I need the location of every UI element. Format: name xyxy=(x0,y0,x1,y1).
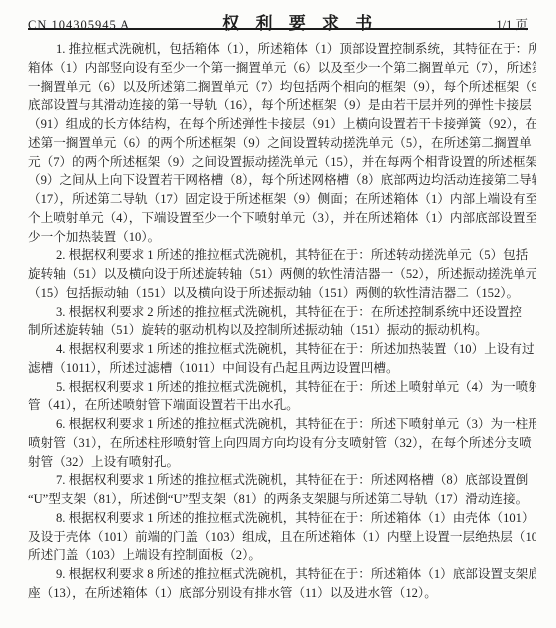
claim-1-line-5: （91）组成的长方体结构，在每个所述弹性卡接层（91）上横向设置若干卡接弹簧（9… xyxy=(28,115,536,134)
claim-5-line-2: 管（41），在所述喷射管下端面设置若干出水孔。 xyxy=(28,396,536,415)
claim-1-line-6: 述第一搁置单元（6）的两个所述框架（9）之间设置转动搓洗单元（5），在所述第二搁… xyxy=(28,134,536,153)
claim-6-line-2: 喷射管（31），在所述柱形喷射管上向四周方向均设有分支喷射管（32），在每个所述… xyxy=(28,434,536,453)
claim-8-line-3: 所述门盖（103）上端设有控制面板（2）。 xyxy=(28,546,536,565)
claim-2-line-2: 旋转轴（51）以及横向设于所述旋转轴（51）两侧的软性清洁器一（52），所述振动… xyxy=(28,265,536,284)
claims-body: 1. 推拉框式洗碗机，包括箱体（1），所述箱体（1）顶部设置控制系统，其特征在于… xyxy=(28,40,536,603)
header-divider xyxy=(28,28,528,30)
document-title: 权 利 要 求 书 xyxy=(222,9,376,34)
page-header: CN 104305945 A 权 利 要 求 书 1/1 页 xyxy=(28,9,528,34)
claim-1-line-1: 1. 推拉框式洗碗机，包括箱体（1），所述箱体（1）顶部设置控制系统，其特征在于… xyxy=(28,40,536,59)
claim-6-line-3: 射管（32）上设有喷射孔。 xyxy=(28,453,536,472)
claim-3-line-2: 制所述旋转轴（51）旋转的驱动机构以及控制所述振动轴（151）振动的振动机构。 xyxy=(28,321,536,340)
claim-1-line-4: 底部设置与其滑动连接的第一导轨（16），每个所述框架（9）是由若干层并列的弹性卡… xyxy=(28,96,536,115)
claim-4-line-2: 滤槽（1011），所述过滤槽（1011）中间设有凸起且两边设置凹槽。 xyxy=(28,359,536,378)
claim-1-line-8: （9）之间从上向下设置若干网格槽（8），每个所述网格槽（8）底部两边均活动连接第… xyxy=(28,171,536,190)
claim-1-line-11: 少一个加热装置（10）。 xyxy=(28,228,536,247)
claim-7-line-2: “U”型支架（81），所述倒“U”型支架（81）的两条支架腿与所述第二导轨（17… xyxy=(28,490,536,509)
claim-1-line-3: 一搁置单元（6）以及所述第二搁置单元（7）均包括两个相向的框架（9），每个所述框… xyxy=(28,78,536,97)
claim-6-line-1: 6. 根据权利要求 1 所述的推拉框式洗碗机，其特征在于：所述下喷射单元（3）为… xyxy=(28,415,536,434)
claim-1-line-7: 元（7）的两个所述框架（9）之间设置振动搓洗单元（15），并在每两个相背设置的所… xyxy=(28,153,536,172)
publication-number: CN 104305945 A xyxy=(28,18,130,33)
claim-2-line-3: （15）包括振动轴（151）以及横向设于所述振动轴（151）两侧的软性清洁器二（… xyxy=(28,284,536,303)
claim-9-line-2: 座（13），在所述箱体（1）底部分别设有排水管（11）以及进水管（12）。 xyxy=(28,584,536,603)
claim-1-line-2: 箱体（1）内部竖向设有至少一个第一搁置单元（6）以及至少一个第二搁置单元（7），… xyxy=(28,59,536,78)
claim-1-line-10: 个上喷射单元（4），下端设置至少一个下喷射单元（3），并在所述箱体（1）内部底部… xyxy=(28,209,536,228)
claim-8-line-1: 8. 根据权利要求 1 所述的推拉框式洗碗机，其特征在于：所述箱体（1）由壳体（… xyxy=(28,509,536,528)
claim-4-line-1: 4. 根据权利要求 1 所述的推拉框式洗碗机，其特征在于：所述加热装置（10）上… xyxy=(28,340,536,359)
claim-7-line-1: 7. 根据权利要求 1 所述的推拉框式洗碗机，其特征在于：所述网格槽（8）底部设… xyxy=(28,471,536,490)
patent-claims-page: CN 104305945 A 权 利 要 求 书 1/1 页 1. 推拉框式洗碗… xyxy=(0,0,556,628)
page-indicator: 1/1 页 xyxy=(496,15,528,33)
claim-9-line-1: 9. 根据权利要求 8 所述的推拉框式洗碗机，其特征在于：所述箱体（1）底部设置… xyxy=(28,565,536,584)
claim-3-line-1: 3. 根据权利要求 2 所述的推拉框式洗碗机，其特征在于：在所述控制系统中还设置… xyxy=(28,303,536,322)
claim-1-line-9: （17），所述第二导轨（17）固定设于所述框架（9）侧面；在所述箱体（1）内部上… xyxy=(28,190,536,209)
claim-5-line-1: 5. 根据权利要求 1 所述的推拉框式洗碗机，其特征在于：所述上喷射单元（4）为… xyxy=(28,378,536,397)
claim-8-line-2: 及设于壳体（101）前端的门盖（103）组成，且在所述箱体（1）内壁上设置一层绝… xyxy=(28,528,536,547)
claim-2-line-1: 2. 根据权利要求 1 所述的推拉框式洗碗机，其特征在于：所述转动搓洗单元（5）… xyxy=(28,246,536,265)
